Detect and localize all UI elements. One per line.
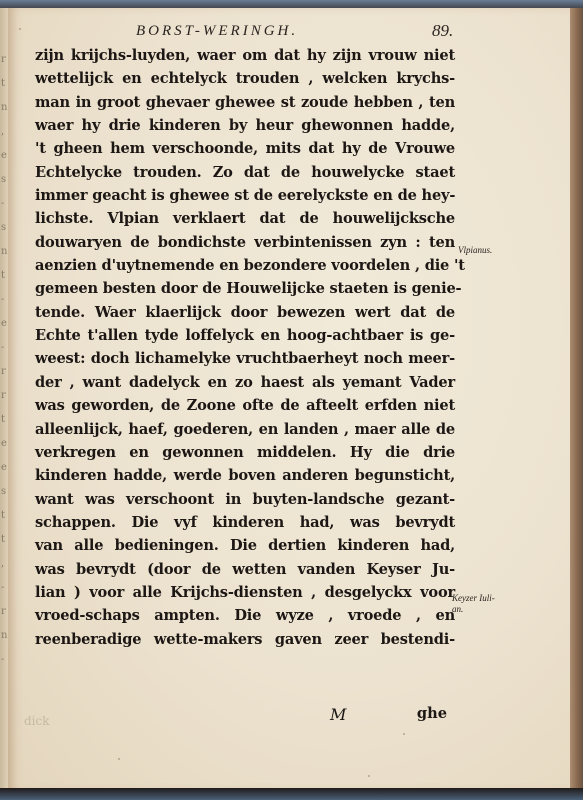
text-line: want was verschoont in buyten-landsche g… <box>35 488 455 511</box>
text-line: wettelijck en echtelyck trouden , welcke… <box>35 67 455 90</box>
text-line: aenzien d'uytnemende en bezondere voorde… <box>35 254 455 277</box>
text-line: weest: doch lichamelyke vruchtbaerheyt n… <box>35 347 455 370</box>
text-line: Echte t'allen tyde loffelyck en hoog-ach… <box>35 324 455 347</box>
catchword: ghe <box>417 705 447 722</box>
signature-mark: M <box>330 705 346 724</box>
book-page: BORST-WERINGH. 89. zijn krijchs-luyden, … <box>8 8 570 790</box>
text-line: waer hy drie kinderen by heur ghewonnen … <box>35 114 455 137</box>
text-line: lian ) voor alle Krijchs-diensten , desg… <box>35 581 455 604</box>
paper-spot <box>19 28 21 30</box>
page-footer: M ghe <box>35 705 455 729</box>
page-number: 89. <box>432 21 453 41</box>
marginal-note: Keyzer Iuli- an. <box>452 593 495 615</box>
page-fore-edge <box>568 8 583 790</box>
bleed-through-text: dick <box>24 714 50 728</box>
text-line: kinderen hadde, werde boven anderen begu… <box>35 464 455 487</box>
text-line: immer geacht is ghewee st de eerelyckste… <box>35 184 455 207</box>
text-line: gemeen besten door de Houwelijcke staete… <box>35 277 455 300</box>
marginal-note: Vlpianus. <box>458 245 492 256</box>
text-line: alleenlijck, haef, goederen, en landen ,… <box>35 418 455 441</box>
paper-spot <box>403 733 405 735</box>
book-scan: r t n , e s - s n t - e - r r t e e s t … <box>0 0 583 800</box>
text-line: tende. Waer klaerlijck door bewezen wert… <box>35 301 455 324</box>
text-line: douwaryen de bondichste verbintenissen z… <box>35 231 455 254</box>
paper-spot <box>368 775 370 777</box>
text-line: reenberadige wette-makers gaven zeer bes… <box>35 628 455 651</box>
text-line: zijn krijchs-luyden, waer om dat hy zijn… <box>35 44 455 67</box>
text-line: schappen. Die vyf kinderen had, was bevr… <box>35 511 455 534</box>
text-line: was geworden, de Zoone ofte de afteelt e… <box>35 394 455 417</box>
text-line: der , want dadelyck en zo haest als yema… <box>35 371 455 394</box>
text-line: Echtelycke trouden. Zo dat de houwelycke… <box>35 161 455 184</box>
text-line: was bevrydt (door de wetten vanden Keyse… <box>35 558 455 581</box>
scanner-bottom-edge <box>0 788 583 800</box>
text-line: lichste. Vlpian verklaert dat de houweli… <box>35 207 455 230</box>
text-line: 't gheen hem verschoonde, mits dat hy de… <box>35 137 455 160</box>
text-line: van alle bedieningen. Die dertien kinder… <box>35 534 455 557</box>
text-line: vroed-schaps ampten. Die wyze , vroede ,… <box>35 604 455 627</box>
text-line: man in groot ghevaer ghewee st zoude heb… <box>35 91 455 114</box>
text-line: verkregen en gewonnen middelen. Hy die d… <box>35 441 455 464</box>
facing-page-text-fragment: r t n , e s - s n t - e - r r t e e s t … <box>1 48 7 672</box>
paper-spot <box>118 758 120 760</box>
body-text: zijn krijchs-luyden, waer om dat hy zijn… <box>35 44 455 651</box>
running-head: BORST-WERINGH. <box>136 23 298 40</box>
